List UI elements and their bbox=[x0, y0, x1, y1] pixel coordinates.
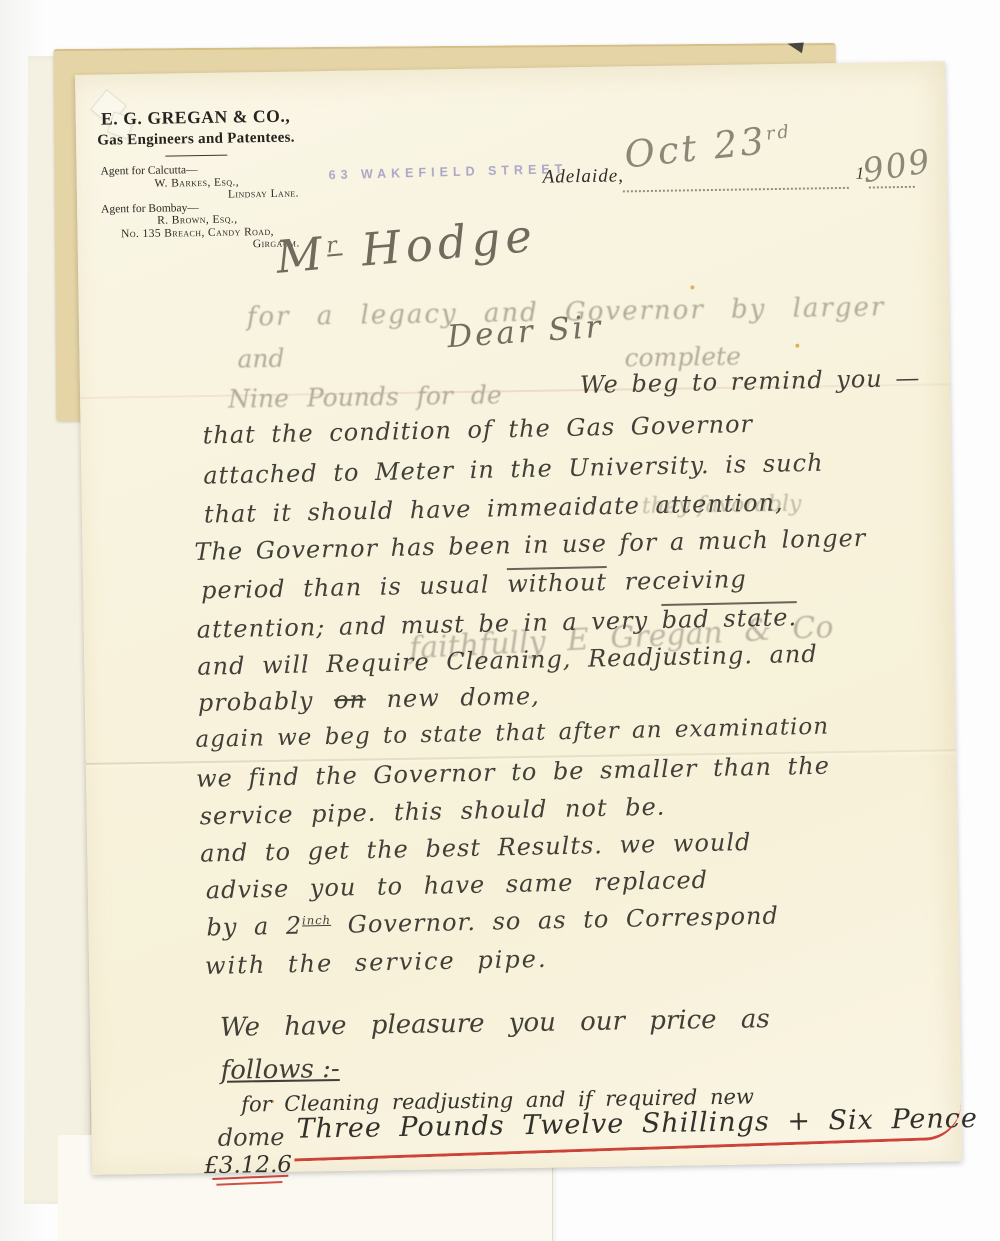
body-line: The Governor has been in use for a much … bbox=[194, 524, 866, 566]
body-line: again we beg to state that after an exam… bbox=[195, 714, 829, 753]
ink-speck bbox=[690, 285, 694, 289]
body-text: period than is usual bbox=[201, 570, 508, 604]
ink-speck bbox=[795, 344, 799, 348]
body-text: by a 2 bbox=[206, 912, 302, 942]
body-line: and will Require Cleaning, Readjusting. … bbox=[197, 640, 818, 681]
letterhead-company: E. G. GREGAN & CO., bbox=[90, 105, 302, 129]
body-line: by a 2inch Governor. so as to Correspond bbox=[206, 902, 779, 942]
body-line: that the condition of the Gas Governor bbox=[202, 410, 753, 450]
ghost-text: and bbox=[237, 344, 284, 374]
body-line: period than is usual without receiving bbox=[201, 565, 747, 604]
body-text: new dome, bbox=[366, 682, 540, 714]
body-text-superscript: inch bbox=[302, 913, 331, 928]
body-line: probably on new dome, bbox=[198, 682, 540, 717]
recipient-name: Hodge bbox=[340, 209, 539, 278]
body-line: We beg to remind you — bbox=[580, 364, 921, 399]
body-line: we find the Governor to be smaller than … bbox=[196, 752, 830, 793]
body-text: Governor. so as to Correspond bbox=[331, 902, 779, 939]
quote-line: We have pleasure you our price as bbox=[220, 1004, 770, 1043]
letterhead-agents: Agent for Calcutta— W. Barkes, Esq., Lin… bbox=[90, 162, 303, 253]
body-line: that it should have immeaidate attention… bbox=[204, 488, 784, 528]
dateline-dotted-rule bbox=[623, 186, 849, 193]
body-line: service pipe. this should not be. bbox=[199, 793, 665, 831]
recipient-prefix: M bbox=[274, 227, 329, 284]
body-line: advise you to have same replaced bbox=[206, 866, 709, 905]
handwritten-year: 909 bbox=[860, 141, 934, 190]
quote-word-dome: dome bbox=[217, 1123, 284, 1152]
dateline-city: Adelaide, bbox=[542, 165, 624, 188]
body-line: attached to Meter in the University. is … bbox=[203, 449, 824, 490]
letter-page: E. G. GREGAN & CO., Gas Engineers and Pa… bbox=[75, 61, 962, 1175]
body-line: with the service pipe. bbox=[205, 945, 548, 980]
letterhead-tagline: Gas Engineers and Patentees. bbox=[90, 129, 302, 149]
ghost-text: Nine Pounds for de bbox=[228, 380, 502, 413]
quote-line-underlined: follows :- bbox=[220, 1054, 339, 1086]
body-line: and to get the best Results. we would bbox=[200, 828, 752, 868]
letterhead: E. G. GREGAN & CO., Gas Engineers and Pa… bbox=[90, 105, 304, 253]
letterhead-rule bbox=[165, 155, 227, 157]
body-text-overlined: without bbox=[507, 568, 607, 598]
body-text-overlined: bad state. bbox=[661, 603, 797, 634]
body-text-struck: on bbox=[334, 686, 366, 715]
recipient-line: Mr Hodge bbox=[274, 209, 539, 284]
address-stamp: 63 WAKEFIELD STREET bbox=[328, 162, 567, 182]
date-month-day: Oct 23 bbox=[622, 119, 768, 176]
date-day-suffix: rd bbox=[765, 122, 793, 145]
handwritten-date: Oct 23rd bbox=[622, 117, 794, 177]
letter-scan: E. G. GREGAN & CO., Gas Engineers and Pa… bbox=[0, 0, 1000, 1241]
body-text: probably bbox=[198, 686, 335, 717]
body-text: receiving bbox=[607, 565, 747, 596]
